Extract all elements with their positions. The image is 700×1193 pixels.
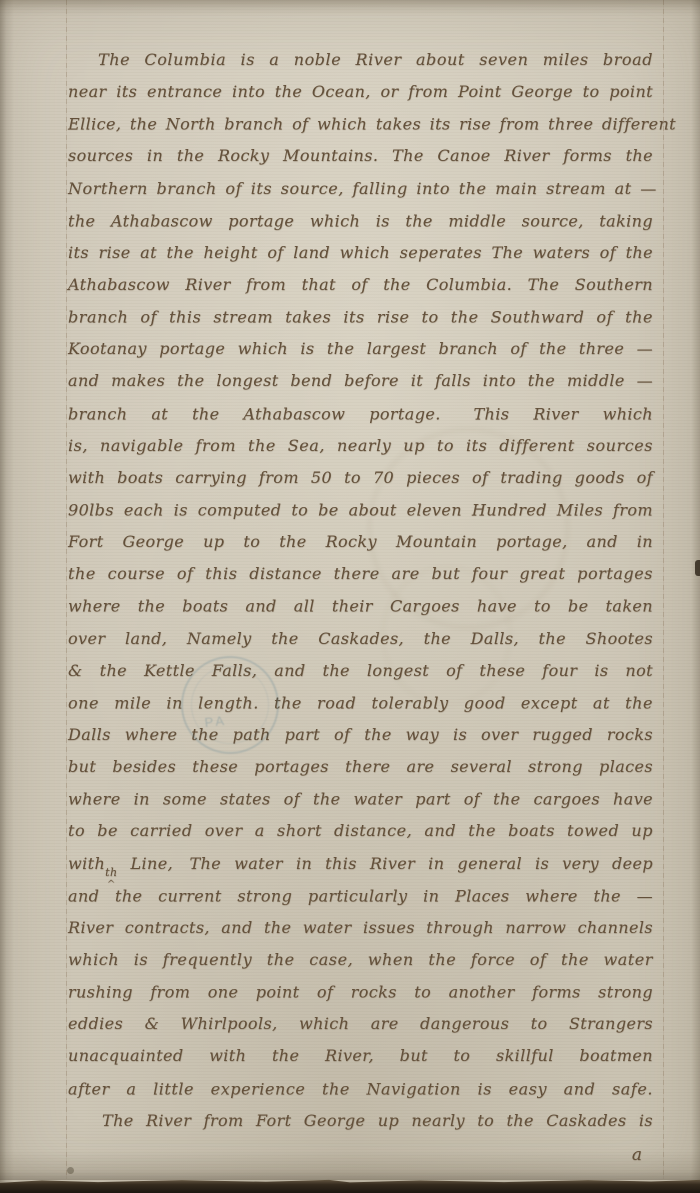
manuscript-line: unacquainted with the River, but to skil… bbox=[68, 1040, 653, 1072]
manuscript-line: The River from Fort George up nearly to … bbox=[68, 1105, 653, 1137]
manuscript-line: to be carried over a short distance, and… bbox=[68, 815, 653, 847]
manuscript-line: and the current strong particularly in P… bbox=[68, 880, 653, 912]
manuscript-line: where in some states of the water part o… bbox=[68, 784, 653, 816]
manuscript-line: rushing from one point of rocks to anoth… bbox=[68, 977, 653, 1009]
manuscript-line: Kootanay portage which is the largest br… bbox=[68, 333, 653, 365]
margin-rule-right bbox=[663, 0, 664, 1179]
manuscript-line: branch at the Athabascow portage. This R… bbox=[68, 398, 653, 430]
manuscript-line: branch of this stream takes its rise to … bbox=[68, 302, 653, 334]
manuscript-lines: The Columbia is a noble River about seve… bbox=[68, 44, 653, 1137]
manuscript-line: which is frequently the case, when the f… bbox=[68, 944, 653, 976]
margin-rule-left bbox=[66, 0, 67, 1179]
manuscript-line: Northern branch of its source, falling i… bbox=[68, 173, 653, 205]
manuscript-line: one mile in length. the road tolerably g… bbox=[68, 687, 653, 719]
manuscript-line: Fort George up to the Rocky Mountain por… bbox=[68, 526, 653, 558]
manuscript-line: near its entrance into the Ocean, or fro… bbox=[68, 76, 653, 108]
manuscript-line: eddies & Whirlpools, which are dangerous… bbox=[68, 1008, 653, 1040]
library-stamp-inner-ring bbox=[183, 658, 278, 753]
manuscript-line: The Columbia is a noble River about seve… bbox=[68, 44, 653, 76]
page-edge-top bbox=[0, 0, 700, 16]
manuscript-line: but besides these portages there are sev… bbox=[68, 751, 653, 783]
page-bottom-shadow bbox=[0, 1150, 700, 1180]
manuscript-line: the Athabascow portage which is the midd… bbox=[68, 205, 653, 237]
manuscript-line: where the boats and all their Cargoes ha… bbox=[68, 591, 653, 623]
manuscript-line: River contracts, and the water issues th… bbox=[68, 912, 653, 944]
manuscript-line: withth^ Line, The water in this River in… bbox=[68, 848, 653, 880]
manuscript-line: after a little experience the Navigation… bbox=[68, 1073, 653, 1105]
manuscript-line: 90lbs each is computed to be about eleve… bbox=[68, 494, 653, 526]
manuscript-line: the course of this distance there are bu… bbox=[68, 558, 653, 590]
manuscript-line: is, navigable from the Sea, nearly up to… bbox=[68, 430, 653, 462]
ink-mark-right-edge bbox=[695, 560, 700, 576]
manuscript-line: Ellice, the North branch of which takes … bbox=[68, 109, 653, 141]
page-edge-right bbox=[691, 0, 700, 1193]
manuscript-line: over land, Namely the Caskades, the Dall… bbox=[68, 623, 653, 655]
manuscript-line: & the Kettle Falls, and the longest of t… bbox=[68, 655, 653, 687]
manuscript-line: and makes the longest bend before it fal… bbox=[68, 365, 653, 397]
manuscript-line: its rise at the height of land which sep… bbox=[68, 237, 653, 269]
page-edge-left bbox=[0, 0, 14, 1193]
manuscript-line: sources in the Rocky Mountains. The Cano… bbox=[68, 140, 653, 172]
manuscript-page: { "document": { "kind": "handwritten-jou… bbox=[0, 0, 700, 1193]
manuscript-line: Athabascow River from that of the Columb… bbox=[68, 269, 653, 301]
library-stamp-text: PA bbox=[204, 713, 228, 730]
manuscript-line: Dalls where the path part of the way is … bbox=[68, 719, 653, 751]
manuscript-line: with boats carrying from 50 to 70 pieces… bbox=[68, 462, 653, 494]
